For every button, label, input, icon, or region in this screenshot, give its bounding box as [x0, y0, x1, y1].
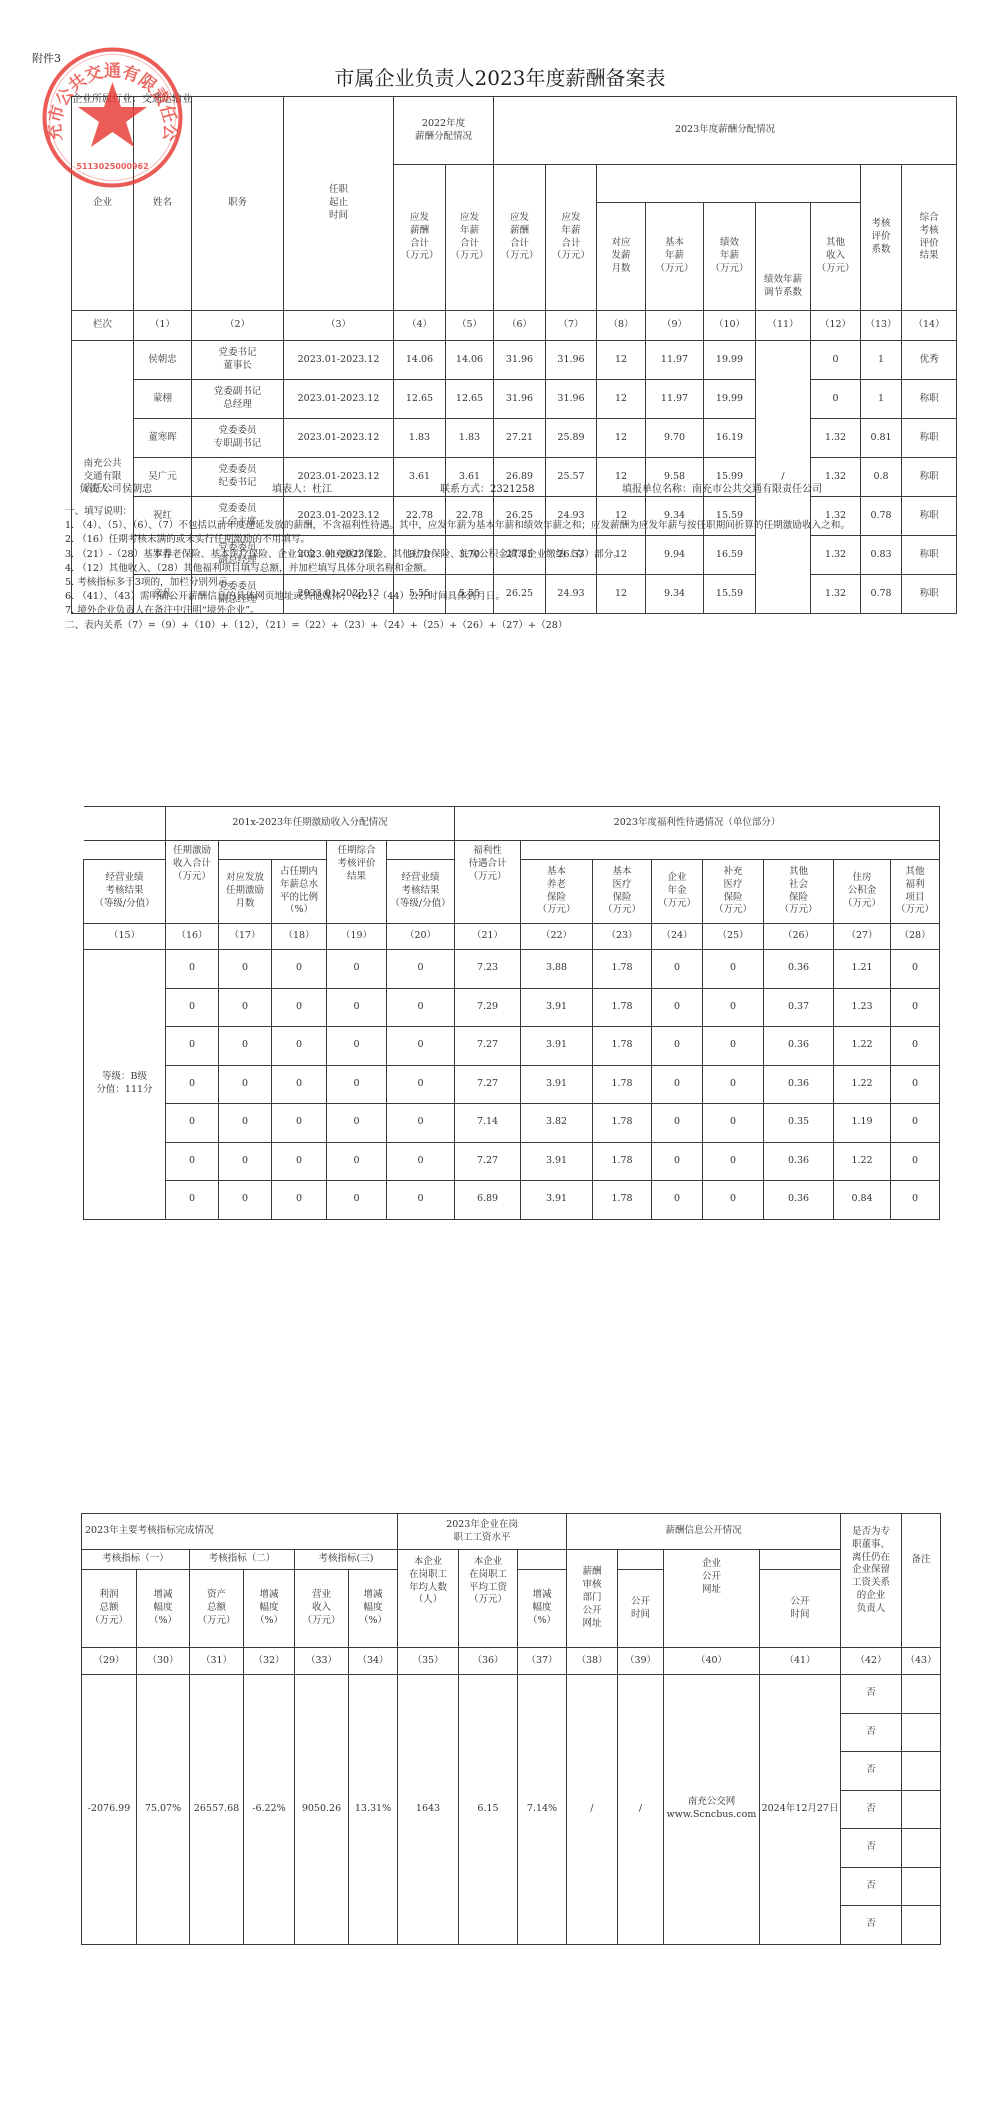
header-c25: 补充 医疗 保险 （万元）	[703, 860, 764, 924]
value-c16: 0	[166, 988, 219, 1027]
header-c20: 经营业绩 考核结果 （等级/分值）	[387, 860, 455, 924]
value-c37: 7.14%	[518, 1675, 567, 1945]
header-kpi3: 考核指标(三)	[295, 1550, 398, 1570]
value-c17: 0	[219, 1065, 272, 1104]
value-c23: 1.78	[593, 988, 652, 1027]
value-c18: 0	[272, 1181, 327, 1220]
column-index: （16）	[166, 924, 219, 950]
person-position: 党委副书记 总经理	[192, 380, 284, 419]
header-tenure: 任职 起止 时间	[284, 97, 394, 311]
value-c17: 0	[219, 1181, 272, 1220]
person-name: 董寒晖	[134, 419, 192, 458]
column-index-row: 栏次（1）（2）（3）（4）（5）（6）（7）（8）（9）（10）（11）（12…	[72, 311, 957, 341]
kpi-disclosure-table: 2023年主要考核指标完成情况 2023年企业在岗 职工工资水平 薪酬信息公开情…	[81, 1513, 941, 1945]
column-index: （41）	[760, 1648, 841, 1675]
person-position: 党委委员 专职副书记	[192, 419, 284, 458]
header-group-2022: 2022年度 薪酬分配情况	[394, 97, 494, 165]
column-index: （21）	[455, 924, 521, 950]
value-c13: 0.83	[861, 536, 902, 575]
value-c4: 1.83	[394, 419, 446, 458]
value-c27: 1.19	[834, 1104, 891, 1143]
header-group-2023: 2023年度薪酬分配情况	[494, 97, 957, 165]
value-c19: 0	[327, 1027, 387, 1066]
header-c23: 基本 医疗 保险 （万元）	[593, 860, 652, 924]
remarks	[902, 1713, 941, 1752]
column-index: 栏次	[72, 311, 134, 341]
value-c14: 称职	[902, 575, 957, 614]
header-blank	[84, 841, 166, 860]
value-c18: 0	[272, 950, 327, 989]
instruction-line: 6. （41）、（43）需明确公开薪酬信息的具体网页地址或其他媒体；（42）、（…	[65, 590, 850, 604]
value-c7: 31.96	[546, 380, 597, 419]
column-index: （3）	[284, 311, 394, 341]
value-c10: 19.99	[704, 341, 756, 380]
instruction-line: 7. 境外企业负责人在备注中注明“境外企业”。	[65, 604, 850, 618]
header-spacer	[521, 841, 940, 860]
column-index: （17）	[219, 924, 272, 950]
value-c22: 3.91	[521, 988, 593, 1027]
header-c29: 利润 总额 （万元）	[82, 1570, 137, 1648]
value-c23: 1.78	[593, 950, 652, 989]
table-row: 000007.143.821.78000.351.190	[84, 1104, 940, 1143]
value-c14: 称职	[902, 419, 957, 458]
person-position: 党委书记 董事长	[192, 341, 284, 380]
column-index: （36）	[459, 1648, 518, 1675]
value-c27: 1.21	[834, 950, 891, 989]
header-c27: 住房 公积金 （万元）	[834, 860, 891, 924]
value-c27: 0.84	[834, 1181, 891, 1220]
person-name: 侯朝忠	[134, 341, 192, 380]
value-c26: 0.37	[764, 988, 834, 1027]
value-c18: 0	[272, 1142, 327, 1181]
header-position: 职务	[192, 97, 284, 311]
value-c25: 0	[703, 1142, 764, 1181]
value-c20: 0	[387, 1104, 455, 1143]
value-c22: 3.88	[521, 950, 593, 989]
value-c19: 0	[327, 988, 387, 1027]
header-group-welfare: 2023年度福利性待遇情况（单位部分）	[455, 807, 940, 841]
value-c17: 0	[219, 1027, 272, 1066]
value-c13: 0.81	[861, 419, 902, 458]
value-c25: 0	[703, 1181, 764, 1220]
value-c34: 13.31%	[349, 1675, 398, 1945]
column-index: （31）	[190, 1648, 244, 1675]
header-c24: 企业 年金 （万元）	[652, 860, 703, 924]
value-c24: 0	[652, 1142, 703, 1181]
value-c14: 称职	[902, 497, 957, 536]
value-c9: 11.97	[646, 380, 704, 419]
value-c31: 26557.68	[190, 1675, 244, 1945]
remarks	[902, 1829, 941, 1868]
value-c5: 12.65	[446, 380, 494, 419]
value-c12: 0	[811, 380, 861, 419]
header-spacer	[387, 841, 455, 860]
value-c5: 14.06	[446, 341, 494, 380]
value-c17: 0	[219, 1142, 272, 1181]
remarks	[902, 1867, 941, 1906]
value-c28: 0	[891, 988, 940, 1027]
value-c29: -2076.99	[82, 1675, 137, 1945]
value-c4: 12.65	[394, 380, 446, 419]
is-dedicated-director: 否	[841, 1829, 902, 1868]
column-index: （12）	[811, 311, 861, 341]
value-c26: 0.36	[764, 950, 834, 989]
table-row: 000007.273.911.78000.361.220	[84, 1142, 940, 1181]
column-index-row: （15）（16）（17）（18）（19）（20）（21）（22）（23）（24）…	[84, 924, 940, 950]
value-c17: 0	[219, 1104, 272, 1143]
tenure-period: 2023.01-2023.12	[284, 380, 394, 419]
instruction-line: 3. （21）-（28）基本养老保险、基本医疗保险、企业年金、补充医疗保险、其他…	[65, 548, 850, 562]
header-c18: 占任期内 年薪总水 平的比例 （%）	[272, 860, 327, 924]
header-c26: 其他 社会 保险 （万元）	[764, 860, 834, 924]
remarks	[902, 1790, 941, 1829]
value-c5: 1.83	[446, 419, 494, 458]
header-spacer	[760, 1550, 841, 1570]
header-c10: 绩效 年薪 （万元）	[704, 203, 756, 311]
value-c20: 0	[387, 988, 455, 1027]
value-c20: 0	[387, 1181, 455, 1220]
header-c30: 增减 幅度 （%）	[137, 1570, 190, 1648]
header-c42: 是否为专 职董事、 离任仍在 企业保留 工资关系 的企业 负责人	[841, 1514, 902, 1648]
value-c21: 7.27	[455, 1065, 521, 1104]
column-index: （19）	[327, 924, 387, 950]
value-c16: 0	[166, 1142, 219, 1181]
value-c33: 9050.26	[295, 1675, 349, 1945]
is-dedicated-director: 否	[841, 1867, 902, 1906]
header-c12: 其他 收入 （万元）	[811, 203, 861, 311]
header-c39: 公开 时间	[618, 1570, 664, 1648]
value-c26: 0.35	[764, 1104, 834, 1143]
column-index: （1）	[134, 311, 192, 341]
value-c27: 1.22	[834, 1065, 891, 1104]
value-c24: 0	[652, 950, 703, 989]
header-group-incentive: 201x-2023年任期激励收入分配情况	[166, 807, 455, 841]
value-c27: 1.22	[834, 1027, 891, 1066]
header-c35: 本企业 在岗职工 年均人数 （人）	[398, 1550, 459, 1648]
header-c17: 对应发放 任期激励 月数	[219, 860, 272, 924]
table-row: 000007.273.911.78000.361.220	[84, 1065, 940, 1104]
value-c22: 3.82	[521, 1104, 593, 1143]
header-c9: 基本 年薪 （万元）	[646, 203, 704, 311]
column-index: （28）	[891, 924, 940, 950]
value-c19: 0	[327, 950, 387, 989]
signature-row: 负责人： 侯朝忠 填表人：杜江 联系方式：2321258 填报单位名称：南充市公…	[0, 480, 1000, 494]
value-c21: 7.27	[455, 1027, 521, 1066]
table-row: 000007.273.911.78000.361.220	[84, 1027, 940, 1066]
company-seal-icon: 南充市公共交通有限责任公司 5113025000962	[40, 45, 185, 190]
tenure-period: 2023.01-2023.12	[284, 419, 394, 458]
value-c4: 14.06	[394, 341, 446, 380]
column-index: （6）	[494, 311, 546, 341]
value-c24: 0	[652, 1065, 703, 1104]
value-c21: 6.89	[455, 1181, 521, 1220]
table-row: 南充公共 交通有限 责任公司侯朝忠党委书记 董事长2023.01-2023.12…	[72, 341, 957, 380]
column-index: （26）	[764, 924, 834, 950]
header-c5: 应发 年薪 合计 （万元）	[446, 165, 494, 311]
is-dedicated-director: 否	[841, 1675, 902, 1714]
header-c21: 福利性 待遇合计 （万元）	[455, 841, 521, 924]
is-dedicated-director: 否	[841, 1752, 902, 1791]
column-index: （34）	[349, 1648, 398, 1675]
value-c28: 0	[891, 1181, 940, 1220]
header-c38: 薪酬 审核 部门 公开 网址	[567, 1550, 618, 1648]
column-index: （25）	[703, 924, 764, 950]
header-c43: 备注	[902, 1514, 941, 1648]
value-c10: 16.19	[704, 419, 756, 458]
responsible-person: 负责人： 侯朝忠	[79, 480, 152, 495]
column-index: （22）	[521, 924, 593, 950]
value-c22: 3.91	[521, 1065, 593, 1104]
value-c17: 0	[219, 950, 272, 989]
header-c33: 营业 收入 （万元）	[295, 1570, 349, 1648]
value-c23: 1.78	[593, 1181, 652, 1220]
instruction-line: 2. （16）任期考核未满的或未实行任期激励的不用填写。	[65, 533, 850, 547]
tenure-period: 2023.01-2023.12	[284, 341, 394, 380]
column-index: （32）	[244, 1648, 295, 1675]
header-c28: 其他 福利 项目 （万元）	[891, 860, 940, 924]
header-c37: 增减 幅度 （%）	[518, 1570, 567, 1648]
column-index: （4）	[394, 311, 446, 341]
value-c23: 1.78	[593, 1142, 652, 1181]
table-row: -2076.9975.07%26557.68-6.22%9050.2613.31…	[82, 1675, 941, 1714]
header-c4: 应发 薪酬 合计 （万元）	[394, 165, 446, 311]
person-name: 蒙栩	[134, 380, 192, 419]
value-c28: 0	[891, 1065, 940, 1104]
value-c28: 0	[891, 1142, 940, 1181]
value-c19: 0	[327, 1065, 387, 1104]
column-index: （18）	[272, 924, 327, 950]
value-c16: 0	[166, 950, 219, 989]
is-dedicated-director: 否	[841, 1790, 902, 1829]
value-c16: 0	[166, 1027, 219, 1066]
value-c21: 7.29	[455, 988, 521, 1027]
value-c12: 1.32	[811, 419, 861, 458]
value-c25: 0	[703, 950, 764, 989]
value-c28: 0	[891, 950, 940, 989]
column-index: （27）	[834, 924, 891, 950]
column-index: （30）	[137, 1648, 190, 1675]
header-spacer	[597, 165, 861, 203]
value-c14: 称职	[902, 536, 957, 575]
header-c13: 考核 评价 系数	[861, 165, 902, 311]
value-c38: /	[567, 1675, 618, 1945]
column-index: （9）	[646, 311, 704, 341]
column-index: （20）	[387, 924, 455, 950]
incentive-welfare-table: 201x-2023年任期激励收入分配情况 2023年度福利性待遇情况（单位部分）…	[83, 806, 940, 1220]
value-c23: 1.78	[593, 1027, 652, 1066]
svg-text:5113025000962: 5113025000962	[76, 162, 148, 171]
value-c23: 1.78	[593, 1065, 652, 1104]
value-c22: 3.91	[521, 1142, 593, 1181]
value-c13: 1	[861, 380, 902, 419]
header-c32: 增减 幅度 （%）	[244, 1570, 295, 1648]
value-c27: 1.23	[834, 988, 891, 1027]
header-c7: 应发 年薪 合计 （万元）	[546, 165, 597, 311]
value-c8: 12	[597, 380, 646, 419]
header-c34: 增减 幅度 （%）	[349, 1570, 398, 1648]
value-c17: 0	[219, 988, 272, 1027]
form-filler: 填表人：杜江	[272, 480, 332, 495]
header-c41: 公开 时间	[760, 1570, 841, 1648]
value-c35: 1643	[398, 1675, 459, 1945]
header-spacer	[219, 841, 327, 860]
value-c25: 0	[703, 1065, 764, 1104]
is-dedicated-director: 否	[841, 1906, 902, 1945]
header-c40: 企业 公开 网址	[664, 1550, 760, 1648]
column-index: （40）	[664, 1648, 760, 1675]
value-c18: 0	[272, 1027, 327, 1066]
remarks	[902, 1675, 941, 1714]
column-index: （42）	[841, 1648, 902, 1675]
value-c13: 0.78	[861, 575, 902, 614]
value-c13: 1	[861, 341, 902, 380]
value-c10: 19.99	[704, 380, 756, 419]
instruction-line: 二、表内关系（7）=（9）+（10）+（12），（21）=（22）+（23）+（…	[65, 619, 850, 633]
value-c30: 75.07%	[137, 1675, 190, 1945]
value-c25: 0	[703, 1027, 764, 1066]
is-dedicated-director: 否	[841, 1713, 902, 1752]
column-index: （24）	[652, 924, 703, 950]
header-spacer	[518, 1550, 567, 1570]
column-index: （13）	[861, 311, 902, 341]
value-c13: 0.78	[861, 497, 902, 536]
value-c26: 0.36	[764, 1181, 834, 1220]
contact-info: 联系方式：2321258	[440, 480, 535, 495]
header-kpi2: 考核指标（二）	[190, 1550, 295, 1570]
value-c21: 7.27	[455, 1142, 521, 1181]
value-c12: 0	[811, 341, 861, 380]
value-c24: 0	[652, 1104, 703, 1143]
header-c22: 基本 养老 保险 （万元）	[521, 860, 593, 924]
value-c27: 1.22	[834, 1142, 891, 1181]
column-index: （2）	[192, 311, 284, 341]
value-c8: 12	[597, 341, 646, 380]
header-blank	[84, 807, 166, 841]
value-c41: 2024年12月27日	[760, 1675, 841, 1945]
column-index: （5）	[446, 311, 494, 341]
column-index: （10）	[704, 311, 756, 341]
header-c8: 对应 发薪 月数	[597, 203, 646, 311]
value-c28: 0	[891, 1027, 940, 1066]
instructions: 一、填写说明：1. （4）、（5）、（6）、（7）不包括以前年度递延发放的薪酬，…	[65, 505, 850, 633]
performance-grade: 等级：B级 分值：111分	[84, 950, 166, 1220]
column-index: （37）	[518, 1648, 567, 1675]
value-c36: 6.15	[459, 1675, 518, 1945]
header-c31: 资产 总额 （万元）	[190, 1570, 244, 1648]
value-c19: 0	[327, 1142, 387, 1181]
table-row: 000006.893.911.78000.360.840	[84, 1181, 940, 1220]
table-row: 000007.293.911.78000.371.230	[84, 988, 940, 1027]
value-c8: 12	[597, 419, 646, 458]
header-spacer	[618, 1550, 664, 1570]
remarks	[902, 1752, 941, 1791]
remarks	[902, 1906, 941, 1945]
column-index: （14）	[902, 311, 957, 341]
header-c19: 任期综合 考核评价 结果	[327, 841, 387, 924]
header-group-kpi: 2023年主要考核指标完成情况	[82, 1514, 398, 1550]
column-index: （38）	[567, 1648, 618, 1675]
table-row: 董寒晖党委委员 专职副书记2023.01-2023.121.831.8327.2…	[72, 419, 957, 458]
value-c22: 3.91	[521, 1027, 593, 1066]
reporting-unit: 填报单位名称：南充市公共交通有限责任公司	[622, 480, 822, 495]
value-c25: 0	[703, 988, 764, 1027]
value-c6: 31.96	[494, 380, 546, 419]
value-c40: 南充公交网 www.Scncbus.com	[664, 1675, 760, 1945]
value-c7: 25.89	[546, 419, 597, 458]
instruction-line: 5. 考核指标多于3项的，加栏分别列示。	[65, 576, 850, 590]
column-index: （29）	[82, 1648, 137, 1675]
value-c32: -6.22%	[244, 1675, 295, 1945]
instruction-line: 一、填写说明：	[65, 505, 850, 519]
header-kpi1: 考核指标（一）	[82, 1550, 190, 1570]
value-c19: 0	[327, 1104, 387, 1143]
column-index: （43）	[902, 1648, 941, 1675]
value-c6: 27.21	[494, 419, 546, 458]
value-c39: /	[618, 1675, 664, 1945]
value-c20: 0	[387, 950, 455, 989]
value-c16: 0	[166, 1104, 219, 1143]
value-c20: 0	[387, 1065, 455, 1104]
value-c26: 0.36	[764, 1142, 834, 1181]
value-c7: 31.96	[546, 341, 597, 380]
header-group-wage: 2023年企业在岗 职工工资水平	[398, 1514, 567, 1550]
value-c18: 0	[272, 1104, 327, 1143]
value-c18: 0	[272, 1065, 327, 1104]
value-c21: 7.14	[455, 1104, 521, 1143]
value-c20: 0	[387, 1027, 455, 1066]
value-c26: 0.36	[764, 1065, 834, 1104]
column-index: （39）	[618, 1648, 664, 1675]
value-c16: 0	[166, 1065, 219, 1104]
header-c11: 绩效年薪 调节系数	[756, 203, 811, 311]
value-c24: 0	[652, 1027, 703, 1066]
column-index-row: （29）（30）（31）（32）（33）（34）（35）（36）（37）（38）…	[82, 1648, 941, 1675]
value-c25: 0	[703, 1104, 764, 1143]
value-c26: 0.36	[764, 1027, 834, 1066]
value-c19: 0	[327, 1181, 387, 1220]
value-c6: 31.96	[494, 341, 546, 380]
column-index: （23）	[593, 924, 652, 950]
value-c14: 优秀	[902, 341, 957, 380]
column-index: （35）	[398, 1648, 459, 1675]
instruction-line: 1. （4）、（5）、（6）、（7）不包括以前年度递延发放的薪酬，不含福利性待遇…	[65, 519, 850, 533]
value-c9: 11.97	[646, 341, 704, 380]
header-group-disclosure: 薪酬信息公开情况	[567, 1514, 841, 1550]
header-c16: 任期激励 收入合计 （万元）	[166, 841, 219, 924]
table-row: 等级：B级 分值：111分000007.233.881.78000.361.21…	[84, 950, 940, 989]
column-index: （33）	[295, 1648, 349, 1675]
value-c24: 0	[652, 988, 703, 1027]
value-c23: 1.78	[593, 1104, 652, 1143]
column-index: （8）	[597, 311, 646, 341]
value-c14: 称职	[902, 380, 957, 419]
value-c16: 0	[166, 1181, 219, 1220]
header-c15: 经营业绩 考核结果 （等级/分值）	[84, 860, 166, 924]
header-c6: 应发 薪酬 合计 （万元）	[494, 165, 546, 311]
value-c21: 7.23	[455, 950, 521, 989]
header-c36: 本企业 在岗职工 平均工资 （万元）	[459, 1550, 518, 1648]
column-index: （11）	[756, 311, 811, 341]
value-c24: 0	[652, 1181, 703, 1220]
value-c18: 0	[272, 988, 327, 1027]
value-c9: 9.70	[646, 419, 704, 458]
header-c14: 综合 考核 评价 结果	[902, 165, 957, 311]
column-index: （7）	[546, 311, 597, 341]
value-c22: 3.91	[521, 1181, 593, 1220]
value-c28: 0	[891, 1104, 940, 1143]
value-c20: 0	[387, 1142, 455, 1181]
instruction-line: 4. （12）其他收入、（28）其他福利项目填写总额，并加栏填写具体分项名称和金…	[65, 562, 850, 576]
